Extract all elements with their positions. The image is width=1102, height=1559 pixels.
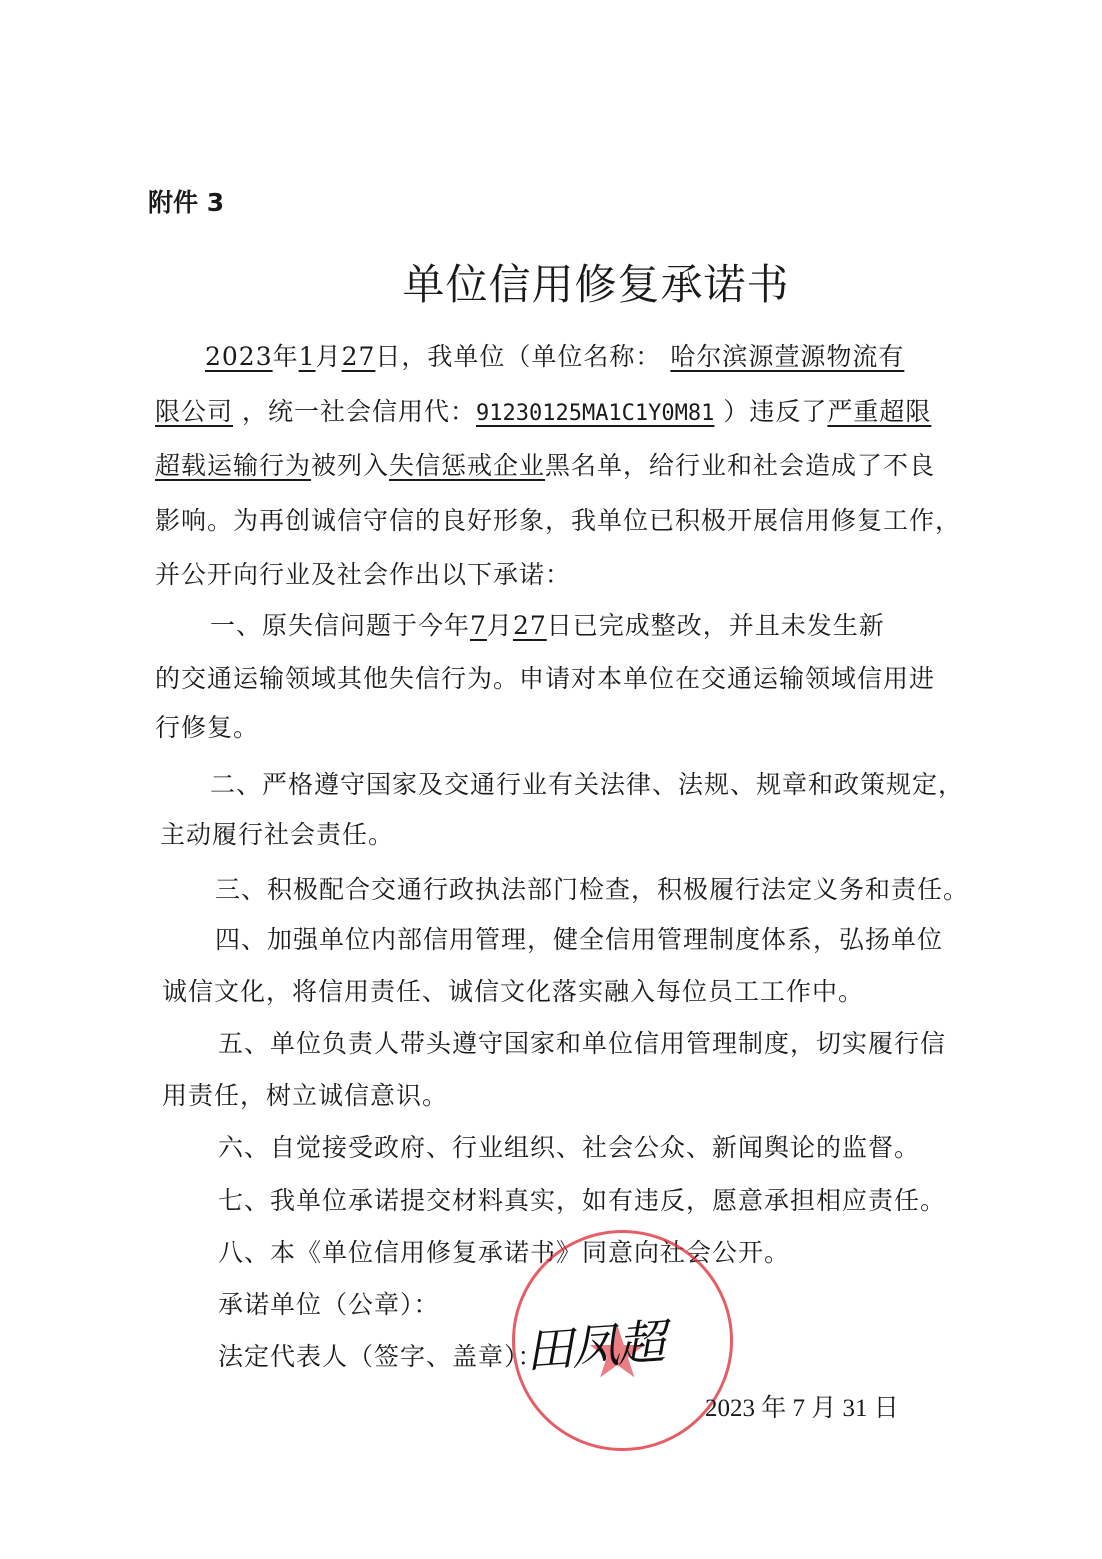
item-2-line-1: 二、严格遵守国家及交通行业有关法律、法规、规章和政策规定，	[210, 765, 1010, 801]
violation-cont: 超载运输行为	[155, 451, 311, 480]
list-type: 失信惩戒企业	[389, 451, 545, 480]
signature: 田凤超	[523, 1303, 665, 1381]
attachment-label: 附件 3	[148, 183, 224, 219]
item-3: 三、积极配合交通行政执法部门检查，积极履行法定义务和责任。	[215, 870, 1015, 906]
document-title: 单位信用修复承诺书	[0, 252, 1102, 312]
item-2-line-2: 主动履行社会责任。	[160, 815, 960, 851]
intro-line-5: 并公开向行业及社会作出以下承诺：	[155, 555, 955, 591]
intro-line-2: 限公司 ，统一社会信用代：91230125MA1C1Y0M81 ）违反了严重超限	[155, 392, 955, 428]
intro-line-4: 影响。为再创诚信守信的良好形象，我单位已积极开展信用修复工作，	[155, 501, 955, 537]
intro-line-1: 2023年1月27日，我单位（单位名称： 哈尔滨源萱源物流有	[205, 337, 1005, 373]
item-5-line-2: 用责任，树立诚信意识。	[162, 1076, 962, 1112]
item-1-line-2: 的交通运输领域其他失信行为。申请对本单位在交通运输领域信用进	[155, 659, 955, 695]
company-name: 哈尔滨源萱源物流有	[670, 342, 904, 371]
sign-date: 2023 年 7 月 31 日	[705, 1388, 899, 1424]
intro-year: 2023	[205, 342, 273, 371]
intro-line-3: 超载运输行为被列入失信惩戒企业黑名单，给行业和社会造成了不良	[155, 446, 955, 482]
item-4-line-2: 诚信文化，将信用责任、诚信文化落实融入每位员工工作中。	[162, 972, 962, 1008]
item-5-line-1: 五、单位负责人带头遵守国家和单位信用管理制度，切实履行信	[218, 1024, 1018, 1060]
item-7: 七、我单位承诺提交材料真实，如有违反，愿意承担相应责任。	[218, 1181, 1018, 1217]
violation: 严重超限	[827, 397, 931, 426]
item-1-day: 27	[513, 611, 547, 640]
item-1-line-3: 行修复。	[155, 708, 955, 744]
item-6: 六、自觉接受政府、行业组织、社会公众、新闻舆论的监督。	[218, 1128, 1018, 1164]
credit-code: 91230125MA1C1Y0M81	[476, 401, 714, 426]
intro-month: 1	[299, 342, 316, 371]
intro-day: 27	[342, 342, 376, 371]
item-4-line-1: 四、加强单位内部信用管理，健全信用管理制度体系，弘扬单位	[215, 920, 1015, 956]
item-1-line-1: 一、原失信问题于今年7月27日已完成整改，并且未发生新	[210, 606, 1010, 642]
company-name-cont: 限公司	[155, 397, 233, 426]
item-1-month: 7	[470, 611, 487, 640]
